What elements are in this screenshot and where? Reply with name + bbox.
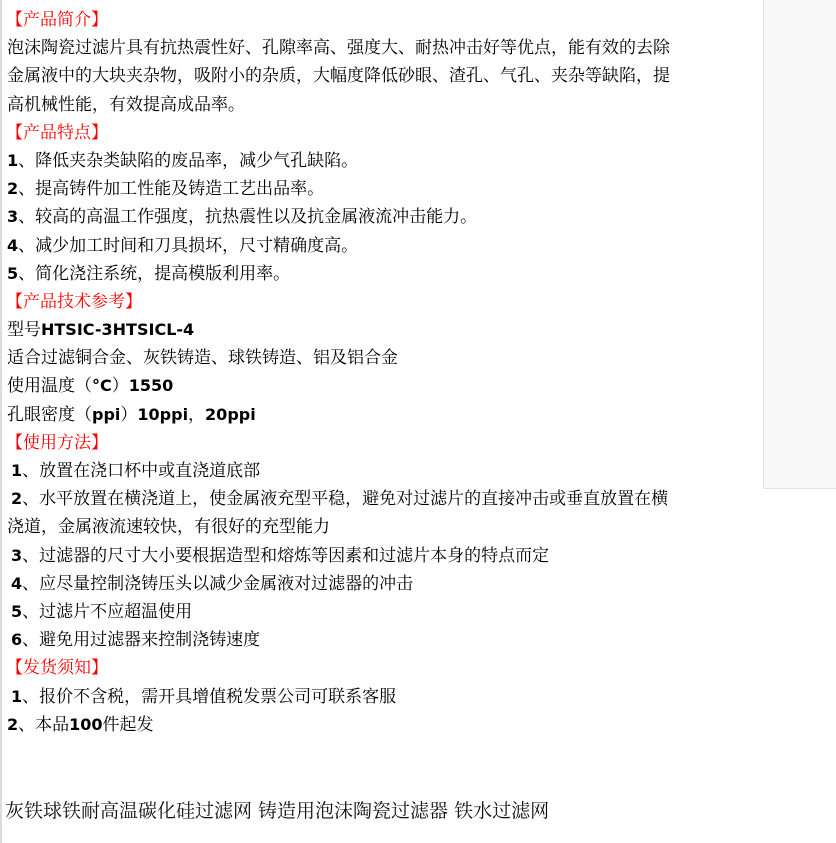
section-heading-shipping: 【发货须知】 — [6, 654, 757, 682]
usage-number: 3 — [11, 546, 22, 565]
spec-model-value: HTSIC-3HTSICL-4 — [41, 320, 194, 339]
feature-item: 5、简化浇注系统，提高模版利用率。 — [7, 260, 757, 288]
usage-text: 、过滤片不应超温使用 — [22, 602, 192, 622]
shipping-number: 1 — [11, 687, 22, 706]
feature-item: 1、降低夹杂类缺陷的废品率，减少气孔缺陷。 — [7, 147, 757, 175]
section-heading-specs: 【产品技术参考】 — [6, 288, 757, 316]
feature-item: 2、提高铸件加工性能及铸造工艺出品率。 — [7, 175, 757, 203]
spec-density-value-1: 10ppi — [137, 405, 188, 424]
shipping-text-post: 件起发 — [103, 715, 154, 735]
section-heading-features: 【产品特点】 — [6, 119, 757, 147]
usage-item: 3、过滤器的尺寸大小要根据造型和熔炼等因素和过滤片本身的特点而定 — [7, 542, 757, 570]
feature-text: 、减少加工时间和刀具损坏，尺寸精确度高。 — [18, 236, 358, 256]
usage-item: 4、应尽量控制浇铸压头以减少金属液对过滤器的冲击 — [7, 570, 757, 598]
usage-number: 2 — [11, 489, 22, 508]
spec-model: 型号HTSIC-3HTSICL-4 — [7, 316, 757, 344]
spec-density-sep: ， — [188, 405, 205, 425]
spec-application: 适合过滤铜合金、灰铁铸造、球铁铸造、铝及铝合金 — [7, 344, 757, 372]
intro-line-1: 泡沫陶瓷过滤片具有抗热震性好、孔隙率高、强度大、耐热冲击好等优点，能有效的去除 — [7, 34, 757, 62]
usage-item: 5、过滤片不应超温使用 — [7, 598, 757, 626]
usage-text: 、过滤器的尺寸大小要根据造型和熔炼等因素和过滤片本身的特点而定 — [22, 546, 549, 566]
spec-temp-unit: °C — [92, 376, 112, 395]
feature-text: 、较高的高温工作强度，抗热震性以及抗金属液流冲击能力。 — [18, 207, 477, 227]
feature-item: 4、减少加工时间和刀具损坏，尺寸精确度高。 — [7, 232, 757, 260]
intro-line-2: 金属液中的大块夹杂物，吸附小的杂质，大幅度降低砂眼、渣孔、气孔、夹杂等缺陷，提 — [7, 62, 757, 90]
usage-text: 、水平放置在横浇道上，使金属液充型平稳，避免对过滤片的直接冲击或垂直放置在横 — [22, 489, 668, 509]
feature-number: 5 — [7, 264, 18, 283]
spec-density-value-2: 20ppi — [205, 405, 256, 424]
usage-text: 、应尽量控制浇铸压头以减少金属液对过滤器的冲击 — [22, 574, 413, 594]
left-border — [0, 0, 2, 843]
spec-pore-density: 孔眼密度（ppi）10ppi，20ppi — [7, 401, 757, 429]
spec-model-label: 型号 — [7, 320, 41, 340]
usage-number: 4 — [11, 574, 22, 593]
feature-number: 4 — [7, 236, 18, 255]
shipping-item: 1、报价不含税，需开具增值税发票公司可联系客服 — [7, 683, 757, 711]
feature-text: 、简化浇注系统，提高模版利用率。 — [18, 264, 290, 284]
feature-number: 1 — [7, 151, 18, 170]
spec-temp-value: 1550 — [129, 376, 174, 395]
usage-number: 6 — [11, 630, 22, 649]
usage-number: 1 — [11, 461, 22, 480]
spec-temp-label: 使用温度（ — [7, 376, 92, 396]
usage-item: 6、避免用过滤器来控制浇铸速度 — [7, 626, 757, 654]
usage-item: 1、放置在浇口杯中或直浇道底部 — [7, 457, 757, 485]
usage-text: 、避免用过滤器来控制浇铸速度 — [22, 630, 260, 650]
usage-item-continuation: 浇道，金属液流速较快，有很好的充型能力 — [7, 513, 757, 541]
intro-line-3: 高机械性能，有效提高成品率。 — [7, 91, 757, 119]
side-panel — [763, 0, 836, 489]
feature-text: 、降低夹杂类缺陷的废品率，减少气孔缺陷。 — [18, 151, 358, 171]
spec-density-close: ） — [120, 405, 137, 425]
spec-temp-close: ） — [112, 376, 129, 396]
usage-number: 5 — [11, 602, 22, 621]
usage-item: 2、水平放置在横浇道上，使金属液充型平稳，避免对过滤片的直接冲击或垂直放置在横 — [7, 485, 757, 513]
shipping-text: 、报价不含税，需开具增值税发票公司可联系客服 — [22, 687, 396, 707]
spec-density-unit: ppi — [92, 405, 120, 424]
section-heading-intro: 【产品简介】 — [6, 6, 757, 34]
feature-number: 3 — [7, 207, 18, 226]
spec-density-label: 孔眼密度（ — [7, 405, 92, 425]
feature-text: 、提高铸件加工性能及铸造工艺出品率。 — [18, 179, 324, 199]
shipping-number: 2 — [7, 715, 18, 734]
product-title: 灰铁球铁耐高温碳化硅过滤网 铸造用泡沫陶瓷过滤器 铁水过滤网 — [5, 796, 549, 823]
shipping-text-pre: 、本品 — [18, 715, 69, 735]
shipping-min-qty: 100 — [69, 715, 102, 734]
usage-text: 、放置在浇口杯中或直浇道底部 — [22, 461, 260, 481]
shipping-item: 2、本品100件起发 — [7, 711, 757, 739]
product-description: 【产品简介】 泡沫陶瓷过滤片具有抗热震性好、孔隙率高、强度大、耐热冲击好等优点，… — [7, 6, 757, 739]
feature-number: 2 — [7, 179, 18, 198]
spec-temperature: 使用温度（°C）1550 — [7, 372, 757, 400]
feature-item: 3、较高的高温工作强度，抗热震性以及抗金属液流冲击能力。 — [7, 203, 757, 231]
section-heading-usage: 【使用方法】 — [6, 429, 757, 457]
